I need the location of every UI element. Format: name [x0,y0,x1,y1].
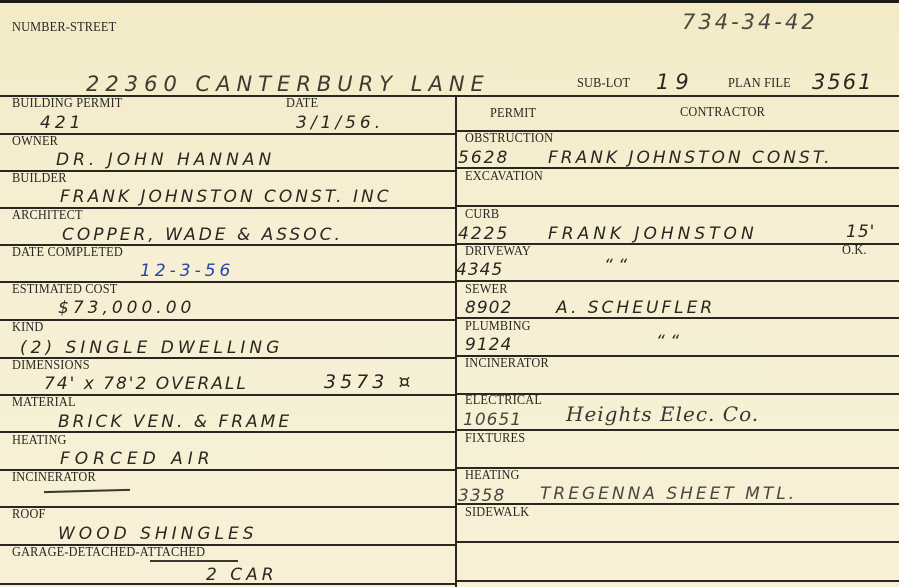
electrical-permit: 10651 [463,411,522,429]
date-label: DATE [286,97,318,111]
sewer-label: SEWER [465,283,508,297]
sub-lot-label: SUB-LOT [577,77,630,91]
plan-file-label: PLAN FILE [728,77,791,91]
garage-value: 2 CAR [206,566,278,584]
sewer-contractor: A. SCHEUFLER [556,299,715,317]
plumbing-contractor: “ “ [656,333,679,351]
number-street-label: NUMBER-STREET [12,21,116,35]
architect-value: COPPER, WADE & ASSOC. [62,226,343,244]
curb-label: CURB [465,208,499,222]
row-divider [455,280,899,282]
sewer-permit: 8902 [465,299,512,317]
row-divider [0,431,455,433]
date-completed-value: 12-3-56 [140,262,234,280]
excavation-label: EXCAVATION [465,170,543,184]
estimated-cost-label: ESTIMATED COST [12,283,117,297]
estimated-cost-value: $73,000.00 [58,299,195,317]
handwritten-underline [44,489,130,493]
row-divider [0,319,455,321]
building-permit-value: 421 [40,114,84,132]
curb-permit: 4225 [458,225,509,243]
electrical-contractor: Heights Elec. Co. [566,405,759,423]
kind-label: KIND [12,321,44,335]
plumbing-label: PLUMBING [465,320,531,334]
roof-label: ROOF [12,508,46,522]
date-completed-label: DATE COMPLETED [12,246,123,260]
material-value: BRICK VEN. & FRAME [58,413,292,431]
fixtures-label: FIXTURES [465,432,525,446]
divider [0,95,899,97]
row-divider [455,580,899,582]
permit-column-header: PERMIT [490,107,536,121]
builder-value: FRANK JOHNSTON CONST. INC [60,188,392,206]
row-divider [0,506,455,508]
sidewalk-label: SIDEWALK [465,506,529,520]
incinerator-label: INCINERATOR [12,471,96,485]
file-number: 734-34-42 [682,13,818,31]
heating-right-label: HEATING [465,469,520,483]
driveway-contractor: “ “ [604,257,627,275]
row-divider [0,170,455,172]
incinerator-right-label: INCINERATOR [465,357,549,371]
handwritten-underline [150,560,238,562]
heating-contractor: TREGENNA SHEET MTL. [540,485,797,503]
date-value: 3/1/56. [296,114,384,132]
contractor-column-header: CONTRACTOR [680,106,765,120]
dimensions-area: 3573 ¤ [324,373,414,391]
builder-label: BUILDER [12,172,67,186]
curb-contractor: FRANK JOHNSTON [548,225,758,243]
owner-value: DR. JOHN HANNAN [56,151,275,169]
electrical-label: ELECTRICAL [465,394,542,408]
driveway-note: O.K. [842,244,867,258]
garage-label: GARAGE-DETACHED-ATTACHED [12,546,205,560]
sub-lot-value: 19 [656,73,695,91]
address-value: 22360 CANTERBURY LANE [86,75,490,93]
obstruction-label: OBSTRUCTION [465,132,553,146]
row-divider [455,205,899,207]
architect-label: ARCHITECT [12,209,83,223]
kind-value: (2) SINGLE DWELLING [20,339,283,357]
obstruction-contractor: FRANK JOHNSTON CONST. [548,149,833,167]
row-divider [455,467,899,469]
row-divider [0,133,455,135]
dimensions-label: DIMENSIONS [12,359,90,373]
roof-value: WOOD SHINGLES [58,525,258,543]
dimensions-value: 74' x 78'2 OVERALL [44,375,248,393]
building-permit-label: BUILDING PERMIT [12,97,122,111]
plumbing-permit: 9124 [465,336,512,354]
row-divider [455,541,899,543]
heating-value: FORCED AIR [60,450,215,468]
obstruction-permit: 5628 [458,149,509,167]
material-label: MATERIAL [12,396,76,410]
curb-note: 15' [846,223,875,241]
plan-file-value: 3561 [812,73,873,91]
owner-label: OWNER [12,135,58,149]
permit-card: NUMBER-STREET 734-34-42 22360 CANTERBURY… [0,0,899,587]
driveway-label: DRIVEWAY [465,245,531,259]
driveway-permit: 4345 [456,261,503,279]
heating-label: HEATING [12,434,67,448]
row-divider [0,583,455,585]
